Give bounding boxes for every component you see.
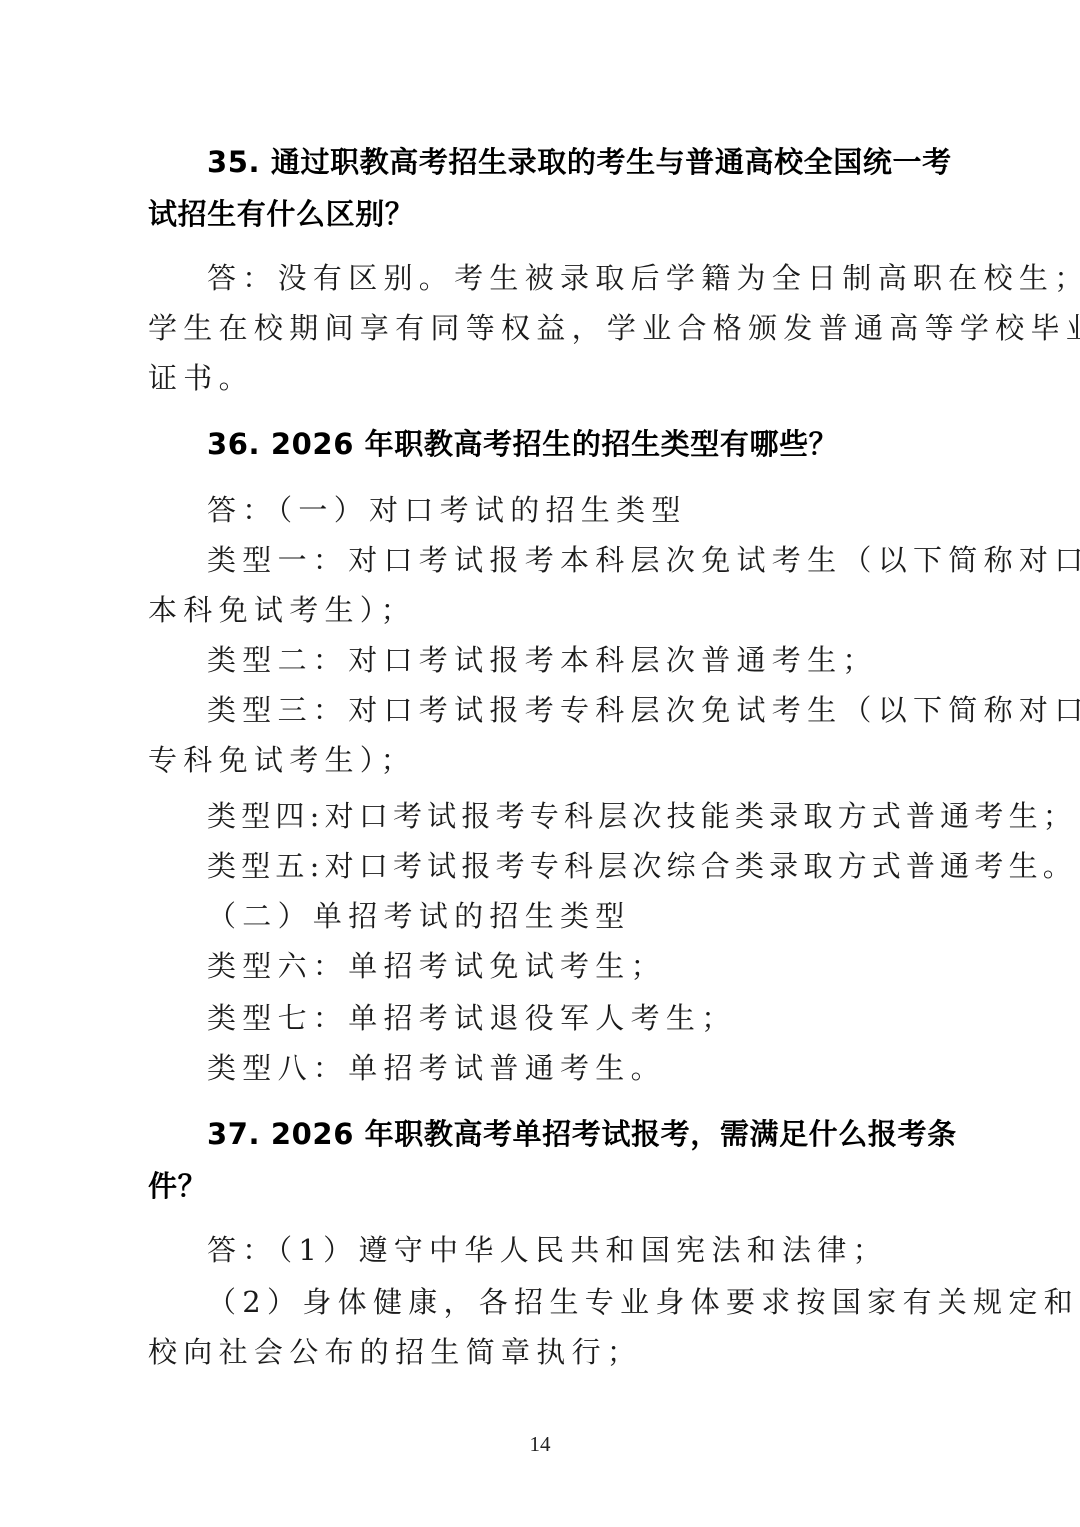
answer-36-type-8: 类型八：单招考试普通考生。	[207, 1048, 666, 1088]
answer-35-line-3: 证书。	[148, 358, 254, 398]
answer-36-type-6: 类型六：单招考试免试考生；	[207, 946, 666, 986]
page-number: 14	[0, 1432, 1080, 1457]
answer-36-type-3-line-2: 专科免试考生）；	[148, 740, 416, 780]
answer-36-type-2: 类型二：对口考试报考本科层次普通考生；	[207, 640, 878, 680]
answer-36-type-5: 类型五:对口考试报考专科层次综合类录取方式普通考生。	[207, 846, 1077, 886]
answer-35-line-2: 学生在校期间享有同等权益，学业合格颁发普通高等学校毕业	[148, 308, 1080, 348]
document-page: 35. 通过职教高考招生录取的考生与普通高校全国统一考 试招生有什么区别？ 答：…	[0, 0, 1080, 1527]
question-37-heading-line-2: 件？	[148, 1166, 207, 1206]
answer-37-item-2-line-2: 校向社会公布的招生简章执行；	[148, 1332, 642, 1372]
question-36-heading: 36. 2026 年职教高考招生的招生类型有哪些？	[207, 424, 838, 464]
answer-36-type-3-line-1: 类型三：对口考试报考专科层次免试考生（以下简称对口	[207, 690, 1080, 730]
answer-36-type-1-line-2: 本科免试考生）；	[148, 590, 416, 630]
answer-37-item-2-line-1: （2）身体健康，各招生专业身体要求按国家有关规定和学	[207, 1282, 1080, 1322]
answer-37-item-1: 答：（1）遵守中华人民共和国宪法和法律；	[207, 1230, 888, 1270]
answer-36-type-7: 类型七：单招考试退役军人考生；	[207, 998, 737, 1038]
answer-36-type-1-line-1: 类型一：对口考试报考本科层次免试考生（以下简称对口	[207, 540, 1080, 580]
answer-36-line-1: 答：（一）对口考试的招生类型	[207, 490, 687, 530]
answer-35-line-1: 答：没有区别。考生被录取后学籍为全日制高职在校生；	[207, 258, 1080, 298]
question-35-heading-line-2: 试招生有什么区别？	[148, 194, 414, 234]
answer-36-subsection-2: （二）单招考试的招生类型	[207, 896, 631, 936]
question-37-heading-line-1: 37. 2026 年职教高考单招考试报考，需满足什么报考条	[207, 1114, 957, 1154]
question-35-heading-line-1: 35. 通过职教高考招生录取的考生与普通高校全国统一考	[207, 142, 952, 182]
answer-36-type-4: 类型四:对口考试报考专科层次技能类录取方式普通考生；	[207, 796, 1077, 836]
